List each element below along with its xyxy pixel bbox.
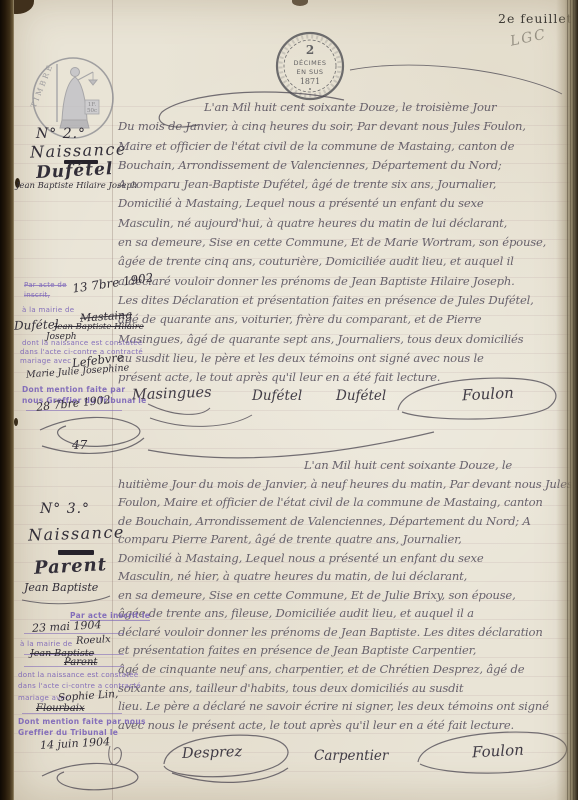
act2-body-line: âgé de cinquante neuf ans, charpentier, … xyxy=(118,660,578,679)
timbre-label: TIMBRE xyxy=(29,62,55,109)
act1-body-line: L'an Mil huit cent soixante Douze, le tr… xyxy=(118,98,578,117)
paper: 2e feuillet. LGC 2 DÉCIMES EN SUS 1871 T… xyxy=(14,0,578,800)
act2-margin-given-names: Jean Baptiste xyxy=(24,581,98,594)
act2-body: L'an Mil huit cent soixante Douze, lehui… xyxy=(118,456,578,734)
mention1-subject-names: Jean Baptiste Hilaire xyxy=(54,322,144,332)
act1-signature-mayor: Foulon xyxy=(462,384,515,405)
act1-body-line: Masingues, âgé de quarante sept ans, Jou… xyxy=(118,330,578,349)
act2-body-line: avec nous le présent acte, le tout après… xyxy=(118,716,578,735)
act2-margin-act-type: Naissance xyxy=(28,522,125,544)
act1-body-line: Masculin, né aujourd'hui, à quatre heure… xyxy=(118,214,578,233)
mention2-spouse-struck: Flourbaix xyxy=(36,703,85,714)
act1-body-line: au susdit lieu, le père et les deux témo… xyxy=(118,349,578,368)
mention1-subject-surname: Dufétel xyxy=(14,317,59,333)
mention2-stamp-line: dont la naissance est constatée xyxy=(18,671,139,679)
act1-body-line: âgé de quarante ans, voiturier, frère du… xyxy=(118,310,578,329)
act1-body-line: A comparu Jean-Baptiste Dufétel, âgé de … xyxy=(118,175,578,194)
mention1-subject-names2: Joseph xyxy=(46,332,77,342)
act2-body-line: déclaré vouloir donner les prénoms de Je… xyxy=(118,623,578,642)
act1-body-line: Domicilié à Mastaing, Lequel nous a prés… xyxy=(118,194,578,213)
timbre-value-bottom: 50c xyxy=(87,108,97,114)
act2-body-line: comparu Pierre Parent, âgé de trente qua… xyxy=(118,530,578,549)
act1-body-line: en sa demeure, Sise en cette Commune, Et… xyxy=(118,233,578,252)
act1-signature-father: Dufétel xyxy=(252,388,302,404)
act2-signature-witness2: Desprez xyxy=(182,744,243,762)
mention2-subject-surname: Parent xyxy=(64,657,97,668)
act2-body-line: soixante ans, tailleur d'habits, tous de… xyxy=(118,679,578,698)
act1-body-line: âgée de trente cinq ans, couturière, Dom… xyxy=(118,252,578,271)
act2-body-line: Foulon, Maire et officier de l'état civi… xyxy=(118,493,578,512)
registry-page: 2e feuillet. LGC 2 DÉCIMES EN SUS 1871 T… xyxy=(0,0,578,800)
mention1-stamp-line: inscrit, xyxy=(24,291,50,299)
act2-signature-witness1: Carpentier xyxy=(314,748,388,764)
act1-margin-number: N° 2.° xyxy=(36,126,86,142)
mention1-stamp-line: dont la naissance est constatée xyxy=(22,339,143,347)
mention1-stamp-line: à la mairie de xyxy=(22,306,74,314)
act2-margin-number: N° 3.° xyxy=(40,501,90,517)
act2-body-line: âgée de trente ans, fileuse, Domiciliée … xyxy=(118,604,578,623)
act1-body-line: Du mois de Janvier, à cinq heures du soi… xyxy=(118,117,578,136)
act1-body-line: a déclaré vouloir donner les prénoms de … xyxy=(118,272,578,291)
mention1-stamp-line: mariage avec xyxy=(20,357,71,365)
act2-body-line: lieu. Le père a déclaré ne savoir écrire… xyxy=(118,697,578,716)
act2-body-line: et présentation faites en présence de Je… xyxy=(118,641,578,660)
act2-margin-surname: Parent xyxy=(34,554,108,579)
mention2-stamp-line: à la mairie de xyxy=(20,640,72,648)
mention2-marriage-place: Roeulx xyxy=(76,634,111,647)
act2-body-line: en sa demeure, Sise en cette Commune, Et… xyxy=(118,586,578,605)
mention1-paraph: 47 xyxy=(72,438,87,452)
page-stack-edge-lines xyxy=(567,0,575,800)
act1-body: L'an Mil huit cent soixante Douze, le tr… xyxy=(118,98,578,387)
act1-signature-witness1: Masingues xyxy=(132,385,212,404)
book-binding-edge xyxy=(0,0,14,800)
act2-body-line: Masculin, né hier, à quatre heures du ma… xyxy=(118,567,578,586)
act2-body-line: L'an Mil huit cent soixante Douze, le xyxy=(118,456,578,475)
act2-body-line: Domicilié à Mastaing, Lequel nous a prés… xyxy=(118,549,578,568)
act2-body-line: de Bouchain, Arrondissement de Valencien… xyxy=(118,512,578,531)
act2-signature-mayor: Foulon xyxy=(472,741,525,762)
act1-signature-witness2: Dufétel xyxy=(336,388,386,404)
act1-body-line: Les dites Déclaration et présentation fa… xyxy=(118,291,578,310)
mention1-stamp-line: Par acte de xyxy=(24,281,67,289)
act1-body-line: Maire et officier de l'état civil de la … xyxy=(118,137,578,156)
act1-margin-surname: Dufétel xyxy=(36,159,114,183)
act2-body-line: huitième Jour du mois de Janvier, à neuf… xyxy=(118,475,578,494)
mention2-stamp-line: Dont mention faite par nous xyxy=(18,717,146,726)
mention2-stamp-line: dans l'acte ci-contre a contracté xyxy=(18,682,141,690)
act1-body-line: Bouchain, Arrondissement de Valenciennes… xyxy=(118,156,578,175)
